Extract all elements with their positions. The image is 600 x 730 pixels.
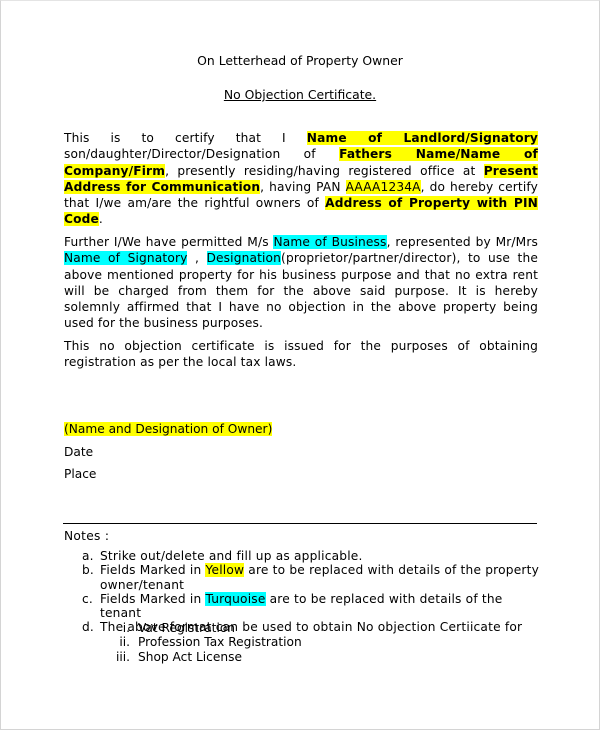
list-marker: ii. [100, 635, 130, 649]
landlord-name-field: Name of Landlord/Signatory [307, 131, 538, 145]
sub-item-text: Profession Tax Registration [130, 635, 302, 649]
place-label: Place [64, 466, 96, 482]
note-text: Fields Marked in Yellow are to be replac… [100, 563, 542, 592]
sub-item-text: Vat Registration [130, 621, 235, 635]
list-marker: d. [82, 620, 100, 634]
text: Fields Marked in [100, 563, 205, 577]
list-marker: b. [82, 563, 100, 592]
list-marker: a. [82, 549, 100, 563]
note-item: a. Strike out/delete and fill up as appl… [82, 549, 542, 563]
text: , presently residing/having registered o… [165, 164, 484, 178]
notes-divider [63, 523, 537, 524]
note-item: b. Fields Marked in Yellow are to be rep… [82, 563, 542, 592]
signatory-name-field: Name of Signatory [64, 251, 187, 265]
notes-heading: Notes : [64, 528, 109, 544]
sub-item: i. Vat Registration [100, 621, 302, 635]
sub-item: iii. Shop Act License [100, 650, 302, 664]
text: son/daughter/Director/Designation of [64, 147, 339, 161]
registration-sublist: i. Vat Registration ii. Profession Tax R… [100, 621, 302, 664]
signature-block: (Name and Designation of Owner) [64, 421, 272, 437]
text: , represented by Mr/Mrs [387, 235, 538, 249]
note-text: Strike out/delete and fill up as applica… [100, 549, 542, 563]
text: Fields Marked in [100, 592, 205, 606]
business-name-field: Name of Business [273, 235, 386, 249]
list-marker: iii. [100, 650, 130, 664]
date-label: Date [64, 444, 93, 460]
letterhead-line: On Letterhead of Property Owner [0, 53, 600, 68]
turquoise-legend: Turquoise [205, 592, 265, 606]
owner-name-designation-field: (Name and Designation of Owner) [64, 422, 272, 436]
text: , having PAN [260, 180, 345, 194]
title-text: No Objection Certificate. [224, 87, 376, 102]
note-text: Fields Marked in Turquoise are to be rep… [100, 592, 542, 621]
pan-field: AAAA1234A [346, 180, 421, 194]
yellow-legend: Yellow [205, 563, 244, 577]
document-title: No Objection Certificate. [0, 87, 600, 102]
sub-item-text: Shop Act License [130, 650, 242, 664]
text: . [99, 212, 103, 226]
text: This is to certify that I [64, 131, 307, 145]
text: Further I/We have permitted M/s [64, 235, 273, 249]
sub-item: ii. Profession Tax Registration [100, 635, 302, 649]
certification-paragraph: This is to certify that I Name of Landlo… [64, 130, 538, 228]
purpose-paragraph: This no objection certificate is issued … [64, 338, 538, 371]
list-marker: c. [82, 592, 100, 621]
list-marker: i. [100, 621, 130, 635]
text: , [187, 251, 206, 265]
note-item: c. Fields Marked in Turquoise are to be … [82, 592, 542, 621]
permission-paragraph: Further I/We have permitted M/s Name of … [64, 234, 538, 332]
designation-field: Designation [207, 251, 282, 265]
